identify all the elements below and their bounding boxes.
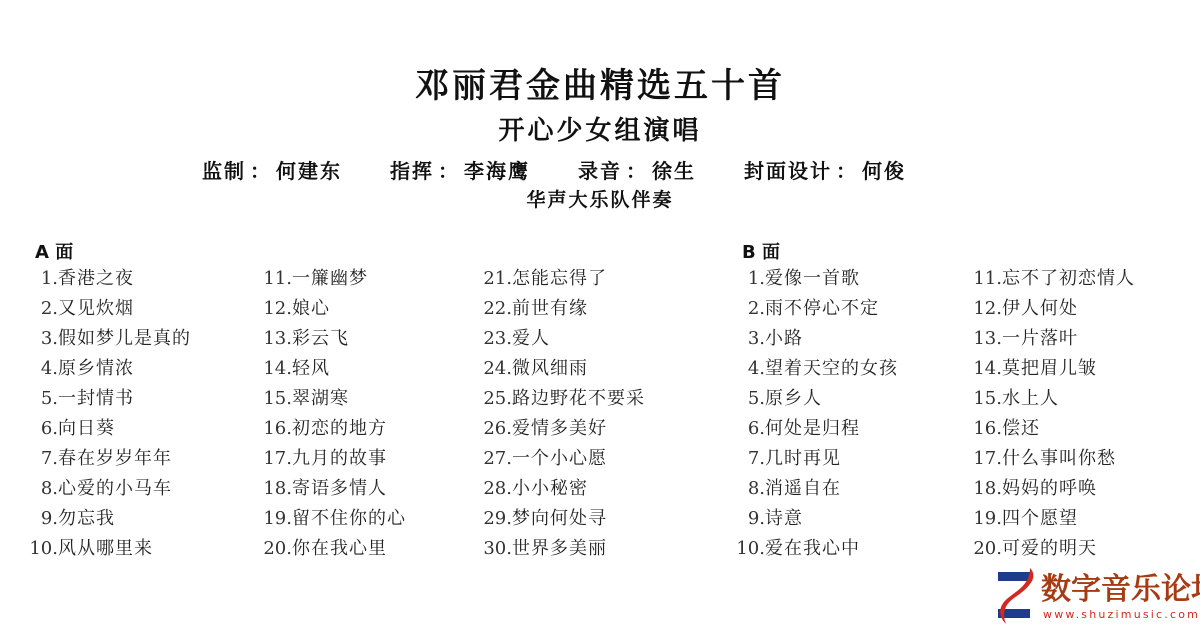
track-title: 前世有缘 (512, 296, 588, 326)
track-number: 19. (972, 506, 1002, 536)
track-item: 18.寄语多情人 (262, 476, 406, 506)
credit-role: 封面设计 (744, 155, 832, 184)
track-title: 假如梦儿是真的 (58, 326, 191, 356)
track-number: 14. (972, 356, 1002, 386)
track-title: 一封情书 (58, 386, 134, 416)
watermark-url[interactable]: www.shuzimusic.com (1043, 608, 1200, 621)
credit-separator: ： (836, 155, 858, 184)
track-title: 初恋的地方 (292, 416, 387, 446)
track-title: 寄语多情人 (292, 476, 387, 506)
track-item: 9.诗意 (735, 506, 898, 536)
track-number: 16. (262, 416, 292, 446)
track-number: 7. (735, 446, 765, 476)
track-title: 路边野花不要采 (512, 386, 645, 416)
credit-role: 录音 (578, 155, 622, 184)
credit-name: 徐生 (652, 155, 696, 184)
track-item: 13.一片落叶 (972, 326, 1135, 356)
track-item: 12.伊人何处 (972, 296, 1135, 326)
track-item: 10.爱在我心中 (735, 536, 898, 566)
track-number: 1. (735, 266, 765, 296)
track-number: 9. (28, 506, 58, 536)
track-title: 九月的故事 (292, 446, 387, 476)
track-item: 16.偿还 (972, 416, 1135, 446)
track-item: 7.几时再见 (735, 446, 898, 476)
track-title: 消遥自在 (765, 476, 841, 506)
track-item: 28.小小秘密 (482, 476, 645, 506)
track-title: 原乡人 (765, 386, 822, 416)
track-item: 20.你在我心里 (262, 536, 406, 566)
track-number: 10. (28, 536, 58, 566)
track-number: 11. (262, 266, 292, 296)
track-item: 29.梦向何处寻 (482, 506, 645, 536)
credit-name: 何俊 (862, 155, 906, 184)
track-number: 2. (28, 296, 58, 326)
track-number: 23. (482, 326, 512, 356)
track-item: 15.翠湖寒 (262, 386, 406, 416)
track-number: 2. (735, 296, 765, 326)
track-number: 17. (972, 446, 1002, 476)
track-number: 21. (482, 266, 512, 296)
track-title: 轻风 (292, 356, 330, 386)
track-number: 29. (482, 506, 512, 536)
credits-row: 监制：何建东 指挥：李海鹰 录音：徐生 封面设计：何俊 (202, 155, 954, 184)
track-number: 5. (28, 386, 58, 416)
track-title: 爱在我心中 (765, 536, 860, 566)
track-item: 13.彩云飞 (262, 326, 406, 356)
side-b-column-2: 11.忘不了初恋情人 12.伊人何处 13.一片落叶 14.莫把眉儿皱 15.水… (972, 266, 1135, 566)
track-title: 莫把眉儿皱 (1002, 356, 1097, 386)
track-number: 15. (972, 386, 1002, 416)
track-item: 1.香港之夜 (28, 266, 191, 296)
track-item: 1.爱像一首歌 (735, 266, 898, 296)
track-item: 25.路边野花不要采 (482, 386, 645, 416)
track-item: 10.风从哪里来 (28, 536, 191, 566)
track-item: 14.莫把眉儿皱 (972, 356, 1135, 386)
track-number: 26. (482, 416, 512, 446)
track-number: 22. (482, 296, 512, 326)
track-number: 11. (972, 266, 1002, 296)
track-item: 19.四个愿望 (972, 506, 1135, 536)
track-title: 一片落叶 (1002, 326, 1078, 356)
track-number: 13. (972, 326, 1002, 356)
track-title: 翠湖寒 (292, 386, 349, 416)
track-title: 春在岁岁年年 (58, 446, 172, 476)
track-item: 17.九月的故事 (262, 446, 406, 476)
track-number: 18. (262, 476, 292, 506)
track-title: 水上人 (1002, 386, 1059, 416)
track-item: 7.春在岁岁年年 (28, 446, 191, 476)
track-number: 20. (972, 536, 1002, 566)
track-item: 30.世界多美丽 (482, 536, 645, 566)
track-title: 爱情多美好 (512, 416, 607, 446)
track-number: 6. (735, 416, 765, 446)
accompaniment-line: 华声大乐队伴奏 (0, 185, 1200, 212)
track-item: 9.勿忘我 (28, 506, 191, 536)
track-item: 6.向日葵 (28, 416, 191, 446)
track-title: 四个愿望 (1002, 506, 1078, 536)
track-title: 心爱的小马车 (58, 476, 172, 506)
track-number: 3. (28, 326, 58, 356)
credit-producer: 监制：何建东 (202, 155, 342, 184)
credit-role: 指挥 (390, 155, 434, 184)
track-title: 风从哪里来 (58, 536, 153, 566)
track-title: 什么事叫你愁 (1002, 446, 1116, 476)
track-number: 4. (28, 356, 58, 386)
track-title: 诗意 (765, 506, 803, 536)
track-number: 17. (262, 446, 292, 476)
side-a-label: A 面 (35, 238, 73, 264)
track-number: 19. (262, 506, 292, 536)
track-number: 8. (28, 476, 58, 506)
track-number: 16. (972, 416, 1002, 446)
track-item: 5.原乡人 (735, 386, 898, 416)
track-title: 小路 (765, 326, 803, 356)
credit-cover-design: 封面设计：何俊 (744, 155, 906, 184)
track-title: 几时再见 (765, 446, 841, 476)
track-number: 3. (735, 326, 765, 356)
track-item: 3.假如梦儿是真的 (28, 326, 191, 356)
track-item: 18.妈妈的呼唤 (972, 476, 1135, 506)
track-item: 26.爱情多美好 (482, 416, 645, 446)
track-title: 小小秘密 (512, 476, 588, 506)
track-item: 22.前世有缘 (482, 296, 645, 326)
track-title: 一个小心愿 (512, 446, 607, 476)
track-title: 可爱的明天 (1002, 536, 1097, 566)
track-item: 21.怎能忘得了 (482, 266, 645, 296)
track-item: 8.心爱的小马车 (28, 476, 191, 506)
side-b-column-1: 1.爱像一首歌 2.雨不停心不定 3.小路 4.望着天空的女孩 5.原乡人 6.… (735, 266, 898, 566)
track-item: 4.望着天空的女孩 (735, 356, 898, 386)
track-number: 15. (262, 386, 292, 416)
track-title: 微风细雨 (512, 356, 588, 386)
credit-separator: ： (250, 155, 272, 184)
z-swoosh-logo-icon (996, 566, 1040, 626)
track-title: 彩云飞 (292, 326, 349, 356)
track-item: 23.爱人 (482, 326, 645, 356)
watermark-name: 数字音乐论坛 (1041, 564, 1200, 608)
side-b-label: B 面 (742, 238, 780, 264)
track-number: 24. (482, 356, 512, 386)
track-title: 又见炊烟 (58, 296, 134, 326)
side-a-column-2: 11.一簾幽梦 12.娘心 13.彩云飞 14.轻风 15.翠湖寒 16.初恋的… (262, 266, 406, 566)
track-title: 怎能忘得了 (512, 266, 607, 296)
track-title: 香港之夜 (58, 266, 134, 296)
credit-conductor: 指挥：李海鹰 (390, 155, 530, 184)
track-item: 5.一封情书 (28, 386, 191, 416)
track-item: 11.忘不了初恋情人 (972, 266, 1135, 296)
track-number: 5. (735, 386, 765, 416)
track-number: 13. (262, 326, 292, 356)
track-number: 10. (735, 536, 765, 566)
track-title: 雨不停心不定 (765, 296, 879, 326)
track-item: 12.娘心 (262, 296, 406, 326)
track-item: 15.水上人 (972, 386, 1135, 416)
credit-separator: ： (438, 155, 460, 184)
track-number: 18. (972, 476, 1002, 506)
watermark-logo[interactable]: 数字音乐论坛 www.shuzimusic.com (996, 566, 1196, 628)
track-item: 2.又见炊烟 (28, 296, 191, 326)
track-number: 4. (735, 356, 765, 386)
credit-recording: 录音：徐生 (578, 155, 696, 184)
track-item: 17.什么事叫你愁 (972, 446, 1135, 476)
track-title: 勿忘我 (58, 506, 115, 536)
track-number: 1. (28, 266, 58, 296)
credit-name: 李海鹰 (464, 155, 530, 184)
track-item: 11.一簾幽梦 (262, 266, 406, 296)
track-number: 7. (28, 446, 58, 476)
credit-role: 监制 (202, 155, 246, 184)
track-title: 妈妈的呼唤 (1002, 476, 1097, 506)
track-title: 梦向何处寻 (512, 506, 607, 536)
album-subtitle: 开心少女组演唱 (0, 110, 1200, 147)
track-number: 30. (482, 536, 512, 566)
track-title: 偿还 (1002, 416, 1040, 446)
track-item: 24.微风细雨 (482, 356, 645, 386)
track-number: 12. (972, 296, 1002, 326)
album-title: 邓丽君金曲精选五十首 (0, 58, 1200, 107)
track-item: 16.初恋的地方 (262, 416, 406, 446)
track-number: 8. (735, 476, 765, 506)
track-number: 12. (262, 296, 292, 326)
track-item: 20.可爱的明天 (972, 536, 1135, 566)
credit-name: 何建东 (276, 155, 342, 184)
track-number: 14. (262, 356, 292, 386)
track-item: 19.留不住你的心 (262, 506, 406, 536)
track-title: 原乡情浓 (58, 356, 134, 386)
track-number: 28. (482, 476, 512, 506)
track-item: 3.小路 (735, 326, 898, 356)
track-title: 留不住你的心 (292, 506, 406, 536)
track-title: 你在我心里 (292, 536, 387, 566)
track-title: 向日葵 (58, 416, 115, 446)
track-item: 8.消遥自在 (735, 476, 898, 506)
track-number: 9. (735, 506, 765, 536)
side-a-column-3: 21.怎能忘得了 22.前世有缘 23.爱人 24.微风细雨 25.路边野花不要… (482, 266, 645, 566)
track-item: 6.何处是归程 (735, 416, 898, 446)
track-item: 2.雨不停心不定 (735, 296, 898, 326)
track-item: 4.原乡情浓 (28, 356, 191, 386)
track-number: 20. (262, 536, 292, 566)
track-number: 27. (482, 446, 512, 476)
track-title: 一簾幽梦 (292, 266, 368, 296)
track-number: 25. (482, 386, 512, 416)
track-item: 27.一个小心愿 (482, 446, 645, 476)
track-title: 爱像一首歌 (765, 266, 860, 296)
track-number: 6. (28, 416, 58, 446)
track-item: 14.轻风 (262, 356, 406, 386)
credit-separator: ： (626, 155, 648, 184)
track-title: 世界多美丽 (512, 536, 607, 566)
track-title: 爱人 (512, 326, 550, 356)
track-title: 忘不了初恋情人 (1002, 266, 1135, 296)
track-title: 伊人何处 (1002, 296, 1078, 326)
track-title: 望着天空的女孩 (765, 356, 898, 386)
track-title: 何处是归程 (765, 416, 860, 446)
track-title: 娘心 (292, 296, 330, 326)
side-a-column-1: 1.香港之夜 2.又见炊烟 3.假如梦儿是真的 4.原乡情浓 5.一封情书 6.… (28, 266, 191, 566)
